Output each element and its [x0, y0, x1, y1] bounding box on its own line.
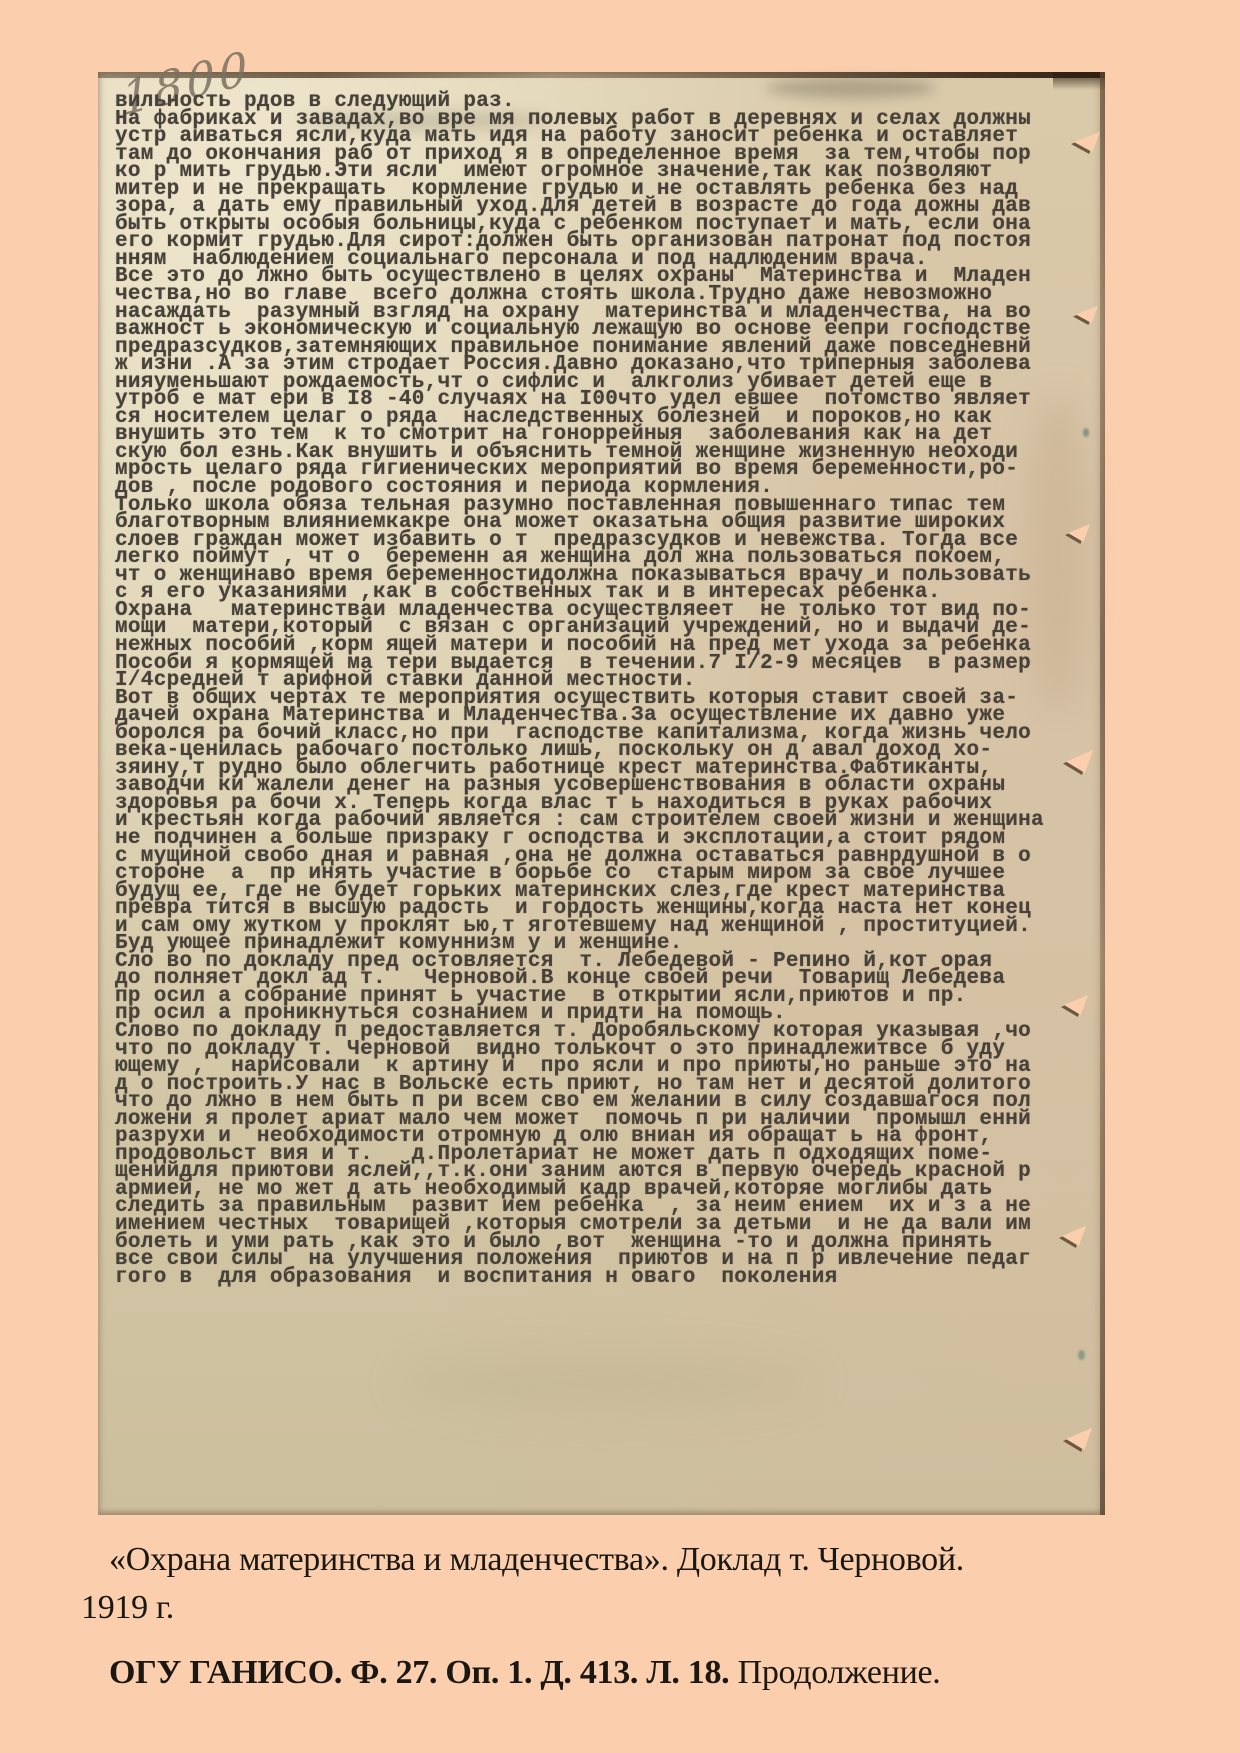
- torn-edge-hole: [1074, 132, 1100, 152]
- scan-top-right-shadow: [1053, 72, 1105, 90]
- scan-right-edge: [1100, 72, 1105, 1515]
- caption: «Охрана материнства и младенчества». Док…: [81, 1536, 1201, 1697]
- archive-reference-line: ОГУ ГАНИСО. Ф. 27. Оп. 1. Д. 413. Л. 18.…: [81, 1649, 1201, 1697]
- archival-document-scan: 1800 вильность рдов в следующий раз. На …: [98, 72, 1105, 1515]
- archive-reference: ОГУ ГАНИСО. Ф. 27. Оп. 1. Д. 413. Л. 18.: [109, 1654, 729, 1691]
- ink-mark: [1078, 1350, 1085, 1360]
- torn-edge-hole: [1076, 306, 1098, 323]
- continuation-label: Продолжение.: [738, 1654, 941, 1691]
- ink-mark: [1083, 428, 1089, 437]
- caption-title: «Охрана материнства и младенчества». Док…: [81, 1536, 1201, 1584]
- torn-edge-hole: [1064, 995, 1088, 1015]
- stain: [398, 1352, 818, 1412]
- typewritten-text: вильность рдов в следующий раз. На фабри…: [115, 93, 1044, 1286]
- torn-edge-hole: [1068, 524, 1090, 542]
- torn-edge-hole: [1066, 1428, 1092, 1450]
- torn-edge-hole: [1062, 1226, 1086, 1246]
- torn-edge-hole: [1066, 750, 1093, 773]
- caption-year: 1919 г.: [81, 1584, 1201, 1632]
